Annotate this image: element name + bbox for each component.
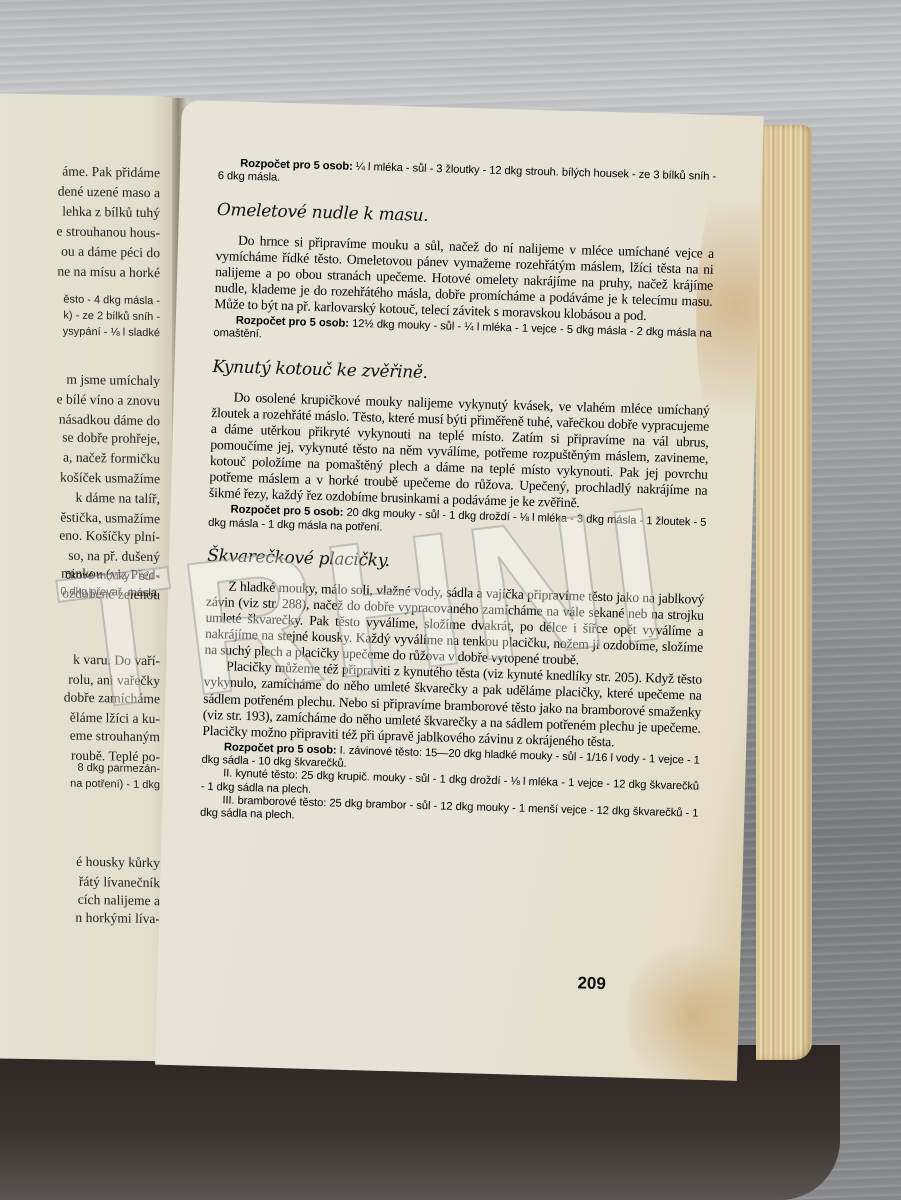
recipe-paragraph: Do hrnce si připravíme mouku a sůl, nače…	[214, 232, 714, 326]
left-page-line: ěsto - 4 dkg másla -	[63, 294, 160, 308]
left-page-line: dobře zamícháme	[64, 690, 160, 708]
recipe-paragraph: Placičky můžeme též připraviti z kynutéh…	[202, 658, 702, 752]
left-page-line: lehka z bílků tuhý	[62, 204, 160, 222]
left-page-line: rolu, ani vařečky	[68, 672, 160, 690]
left-page-line: cích nalijeme a	[78, 892, 160, 909]
recipe-title: Omeletové nudle k masu.	[217, 200, 715, 234]
left-page-line: řátý lívanečník	[79, 874, 160, 891]
left-page-line: ěláme lžíci a ku-	[70, 710, 160, 728]
page-content: Rozpočet pro 5 osob: ¼ l mléka - sůl - 3…	[200, 155, 716, 834]
left-page-line: k varu. Do vaří-	[73, 652, 160, 670]
recipe-paragraph: Do osolené krupičkové mouky nalijeme vyk…	[209, 389, 710, 516]
left-page-line: 0 dkg převař. másla.	[60, 585, 160, 599]
left-page-line: ěstička, usmažíme	[60, 509, 160, 527]
left-page-line: n horkými líva-	[75, 910, 160, 927]
recipe-list: Omeletové nudle k masu.Do hrnce si připr…	[200, 200, 715, 835]
left-page-line: é housky kůrky	[76, 854, 160, 871]
recipe-paragraph: Z hladké mouky, málo soli, vlažné vody, …	[204, 578, 704, 672]
recipe-budget: Rozpočet pro 5 osob: I. závinové těsto: …	[200, 741, 700, 835]
page-number: 209	[577, 973, 606, 994]
left-page-line: ou a dáme péci do	[61, 244, 160, 262]
page-edges	[756, 125, 812, 1060]
left-page-line: 8 dkg parmezán-	[77, 762, 160, 775]
left-page-line: e strouhanou hous-	[57, 223, 160, 241]
left-page-line: čkové mouky - sůl -	[65, 570, 160, 584]
left-page-line: e bílé víno a znovu	[57, 391, 160, 409]
left-page-line: áme. Pak přidáme	[62, 164, 160, 182]
left-page-line: se dobře prohřeje,	[62, 430, 160, 448]
left-page-line: eme strouhaným	[70, 728, 160, 746]
recipe: Škvarečkové placičky.Z hladké mouky, mál…	[200, 546, 705, 835]
left-page-line: ne na mísu a horké	[57, 263, 160, 281]
top-budget: Rozpočet pro 5 osob: ¼ l mléka - sůl - 3…	[218, 157, 717, 197]
left-page-line: dené uzené maso a	[58, 183, 160, 201]
left-page-line: košíček usmažíme	[60, 469, 160, 487]
left-page-line: k) - ze 2 bílků sníh -	[63, 310, 160, 324]
left-page-line: na potření) - 1 dkg	[70, 778, 160, 792]
left-page-line: ysypání - ⅛ l sladké	[63, 326, 160, 340]
left-page-line: eno. Košíčky plní-	[59, 527, 160, 545]
recipe-title: Kynutý kotouč ke zvěřině.	[212, 357, 710, 391]
left-page-line: so, na př. dušený	[68, 548, 160, 566]
left-page-line: m jsme umíchaly	[66, 372, 160, 390]
left-page-line: a, načež formičku	[63, 450, 160, 468]
left-page-line: k dáme na talíř,	[75, 490, 160, 507]
recipe-title: Škvarečkové placičky.	[207, 546, 705, 580]
left-page-line: násadkou dáme do	[59, 411, 160, 429]
right-page: Rozpočet pro 5 osob: ¼ l mléka - sůl - 3…	[155, 100, 764, 1081]
recipe: Kynutý kotouč ke zvěřině.Do osolené krup…	[208, 357, 711, 544]
left-page: áme. Pak přidámedené uzené maso alehka z…	[0, 93, 178, 1061]
recipe: Omeletové nudle k masu.Do hrnce si připr…	[213, 200, 715, 355]
